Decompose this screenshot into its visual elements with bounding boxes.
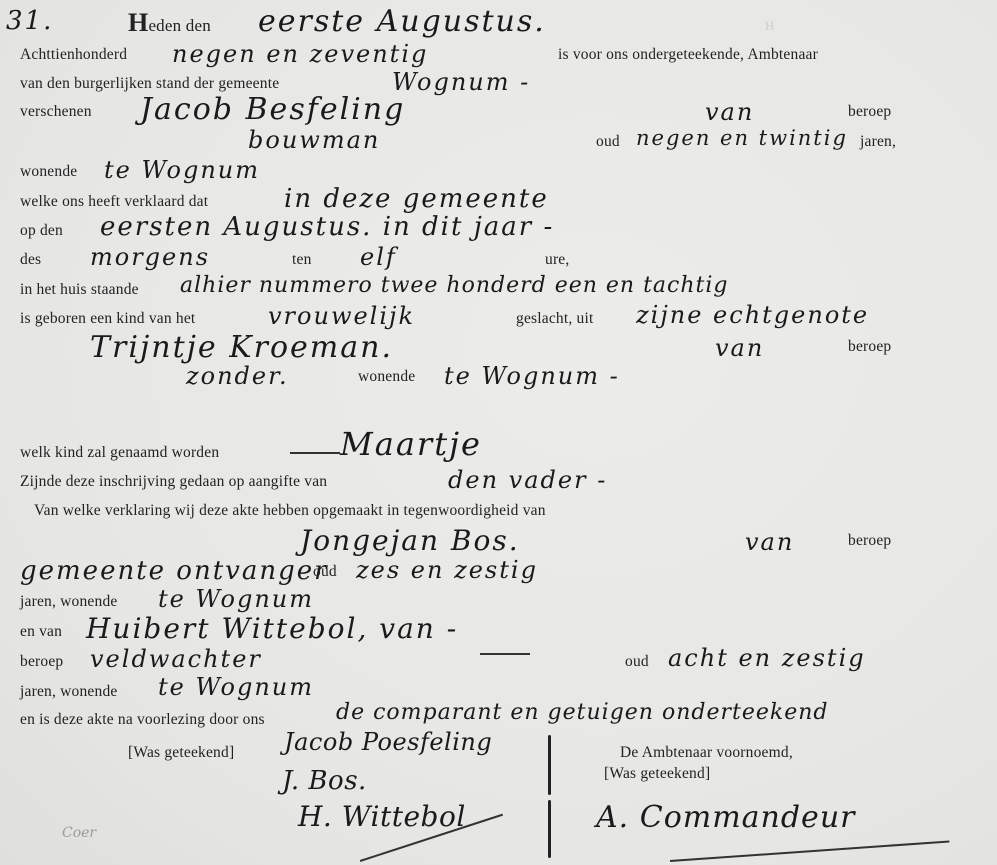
document-page: H 31. Heden den eerste Augustus. Achttie…	[0, 0, 997, 865]
printed-jaren: jaren,	[860, 133, 896, 151]
printed-jaren-wonende-2: jaren, wonende	[20, 683, 117, 701]
dash-line-2	[480, 653, 530, 655]
printed-ten: ten	[292, 251, 312, 269]
hand-occupation: bouwman	[248, 126, 380, 154]
pencil-note: Coer	[62, 825, 96, 841]
printed-ure: ure,	[545, 251, 569, 269]
printed-wonende-2: wonende	[358, 368, 415, 386]
printed-beroep-2: beroep	[848, 338, 891, 356]
hand-residence: te Wognum	[104, 156, 260, 184]
hand-hour: elf	[360, 243, 397, 271]
hand-witness2-occupation: veldwachter	[90, 645, 262, 673]
ambtenaar-voornoemd: De Ambtenaar voornoemd,	[620, 744, 793, 762]
printed-oud-2: oud	[313, 563, 337, 581]
hand-house-number: alhier nummero twee honderd een en tacht…	[180, 273, 729, 298]
printed-heden: Heden den	[128, 8, 211, 38]
bleed-through-text: H	[765, 18, 774, 34]
hand-van: van	[705, 98, 754, 126]
printed-genaamd: welk kind zal genaamd worden	[20, 444, 219, 462]
hand-mother-name: Trijntje Kroeman.	[90, 330, 393, 365]
hand-sex: vrouwelijk	[268, 302, 415, 330]
printed-ambtenaar: is voor ons ondergeteekende, Ambtenaar	[558, 46, 818, 64]
hand-witness2-age: acht en zestig	[668, 644, 866, 672]
hand-spouse: zijne echtgenote	[636, 301, 869, 329]
printed-verklaring: Van welke verklaring wij deze akte hebbe…	[34, 502, 546, 520]
hand-location: in deze gemeente	[284, 184, 549, 214]
hand-witness1-occupation: gemeente ontvanger	[20, 556, 329, 586]
hand-witness1-residence: te Wognum	[158, 585, 314, 613]
hand-signing: de comparant en getuigen onderteekend	[336, 700, 828, 725]
printed-huis-staande: in het huis staande	[20, 281, 139, 299]
printed-en-van: en van	[20, 623, 62, 641]
printed-geslacht-uit: geslacht, uit	[516, 310, 594, 328]
bracket-top	[548, 735, 551, 795]
was-geteekend-left: [Was geteekend]	[128, 744, 234, 762]
hand-van-3: van	[745, 528, 794, 556]
printed-wonende: wonende	[20, 163, 77, 181]
hand-witness1-age: zes en zestig	[356, 556, 538, 584]
printed-oud: oud	[596, 133, 620, 151]
hand-declarant-name: Jacob Besfeling	[140, 92, 405, 127]
printed-geboren: is geboren een kind van het	[20, 310, 195, 328]
hand-birth-date: eersten Augustus. in dit jaar -	[100, 212, 554, 242]
signature-declarant: Jacob Poesfeling	[284, 728, 492, 756]
printed-jaren-wonende: jaren, wonende	[20, 593, 117, 611]
hand-year: negen en zeventig	[172, 40, 428, 68]
printed-voorlezing: en is deze akte na voorlezing door ons	[20, 711, 265, 729]
hand-daytime: morgens	[90, 243, 210, 271]
printed-beroep: beroep	[848, 103, 891, 121]
hand-witness2-residence: te Wognum	[158, 673, 314, 701]
hand-date-day: eerste Augustus.	[258, 4, 546, 39]
bracket-bottom	[548, 800, 551, 858]
printed-oud-3: oud	[625, 653, 649, 671]
hand-mother-occupation: zonder.	[186, 362, 289, 390]
was-geteekend-right: [Was geteekend]	[604, 765, 710, 783]
signature-registrar: A. Commandeur	[596, 800, 855, 835]
printed-beroep-3: beroep	[848, 532, 891, 550]
printed-aangifte: Zijnde deze inschrijving gedaan op aangi…	[20, 473, 327, 491]
hand-age: negen en twintig	[636, 126, 848, 150]
signature-witness1: J. Bos.	[282, 766, 367, 796]
printed-des: des	[20, 251, 41, 269]
hand-informant: den vader -	[448, 466, 607, 494]
hand-mother-residence: te Wognum -	[444, 362, 620, 390]
printed-burgerlijke-stand: van den burgerlijken stand der gemeente	[20, 75, 279, 93]
hand-van-2: van	[715, 334, 764, 362]
hand-witness2-name: Huibert Wittebol, van -	[86, 612, 458, 645]
signature-witness2: H. Wittebol	[298, 800, 466, 833]
dash-line	[290, 452, 340, 454]
registrar-flourish	[670, 840, 949, 861]
act-number: 31.	[6, 6, 53, 36]
hand-witness1-name: Jongejan Bos.	[300, 524, 520, 557]
printed-verschenen: verschenen	[20, 103, 92, 121]
hand-child-name: Maartje	[340, 425, 482, 463]
printed-verklaard: welke ons heeft verklaard dat	[20, 193, 208, 211]
printed-op-den: op den	[20, 222, 63, 240]
printed-beroep-4: beroep	[20, 653, 63, 671]
printed-achttienhonderd: Achttienhonderd	[20, 46, 127, 64]
hand-municipality: Wognum -	[392, 68, 530, 96]
